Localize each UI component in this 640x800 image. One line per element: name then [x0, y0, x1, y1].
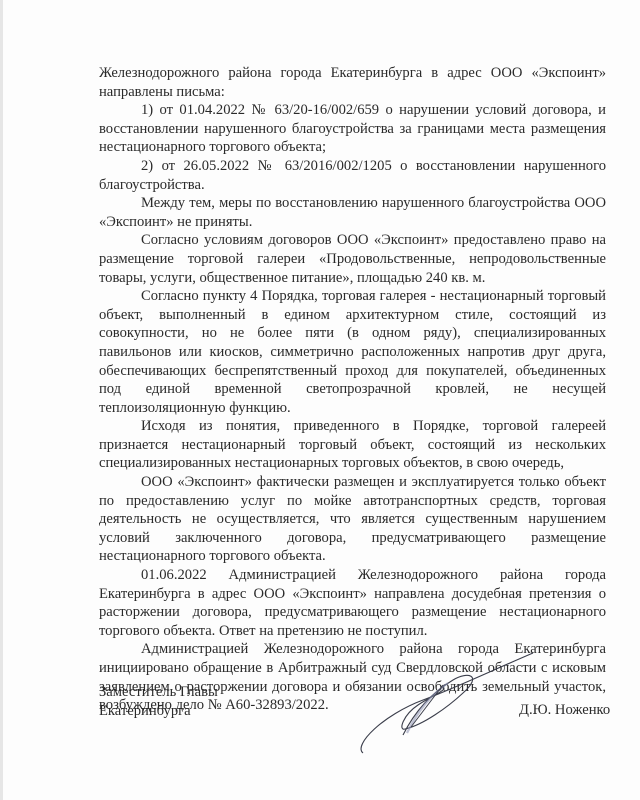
- paragraph-procedure-definition: Согласно пункту 4 Порядка, торговая гале…: [99, 287, 606, 417]
- paragraph-contract-terms: Согласно условиям договоров ООО «Экспоин…: [99, 231, 606, 287]
- paragraph-actual-use: ООО «Экспоинт» фактически размещен и экс…: [99, 473, 606, 566]
- paragraph-letters-intro: Железнодорожного района города Екатеринб…: [99, 64, 606, 101]
- paragraph-gallery-concept: Исходя из понятия, приведенного в Порядк…: [99, 417, 606, 473]
- handwritten-signature-icon: [343, 645, 543, 765]
- paragraph-letter-2: 2) от 26.05.2022 № 63/2016/002/1205 о во…: [99, 157, 606, 194]
- document-body: Железнодорожного района города Екатеринб…: [99, 64, 606, 715]
- paragraph-measures-not-taken: Между тем, меры по восстановлению наруше…: [99, 194, 606, 231]
- signer-title-line-2: Екатеринбурга: [99, 702, 218, 721]
- paragraph-pretrial-claim: 01.06.2022 Администрацией Железнодорожно…: [99, 566, 606, 640]
- signer-title-line-1: Заместитель Главы: [99, 683, 218, 702]
- signer-name: Д.Ю. Ноженко: [519, 701, 610, 720]
- signer-title: Заместитель Главы Екатеринбурга: [99, 683, 218, 720]
- paragraph-letter-1: 1) от 01.04.2022 № 63/20-16/002/659 о на…: [99, 101, 606, 157]
- document-page: Железнодорожного района города Екатеринб…: [0, 0, 640, 800]
